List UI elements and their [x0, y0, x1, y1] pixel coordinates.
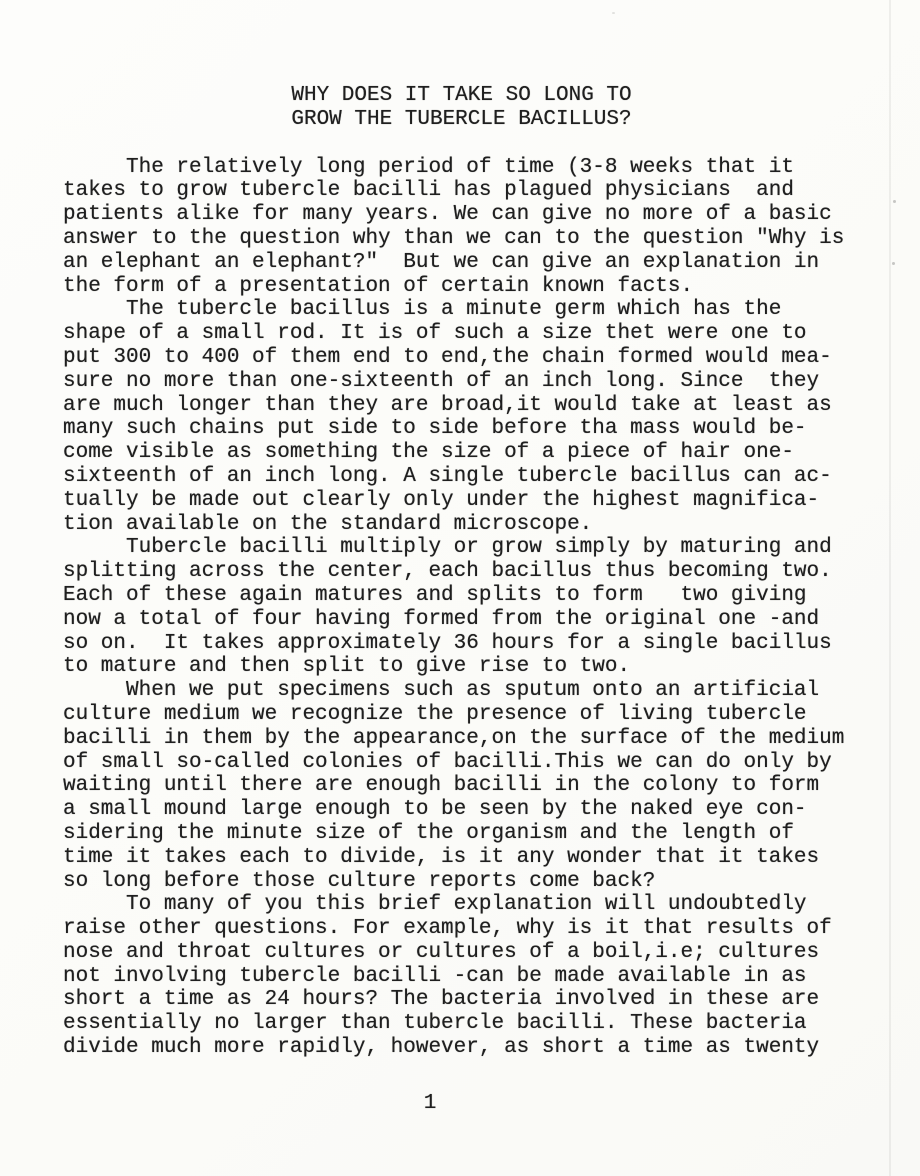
document-title: WHY DOES IT TAKE SO LONG TO GROW THE TUB…: [63, 84, 860, 132]
paragraph-2: The tubercle bacillus is a minute germ w…: [63, 298, 920, 536]
paragraph-5: To many of you this brief explanation wi…: [63, 893, 920, 1060]
paper-edge-line: [889, 0, 891, 1176]
paragraph-4: When we put specimens such as sputum ont…: [63, 679, 920, 893]
scan-speck: [892, 262, 895, 265]
document-body: The relatively long period of time (3-8 …: [63, 156, 920, 1060]
paragraph-3: Tubercle bacilli multiply or grow simply…: [63, 536, 920, 679]
page-number: 1: [0, 1092, 860, 1116]
scan-speck: [612, 12, 615, 14]
scan-speck: [893, 200, 896, 203]
document-page: WHY DOES IT TAKE SO LONG TO GROW THE TUB…: [0, 0, 920, 1176]
paragraph-1: The relatively long period of time (3-8 …: [63, 156, 920, 299]
